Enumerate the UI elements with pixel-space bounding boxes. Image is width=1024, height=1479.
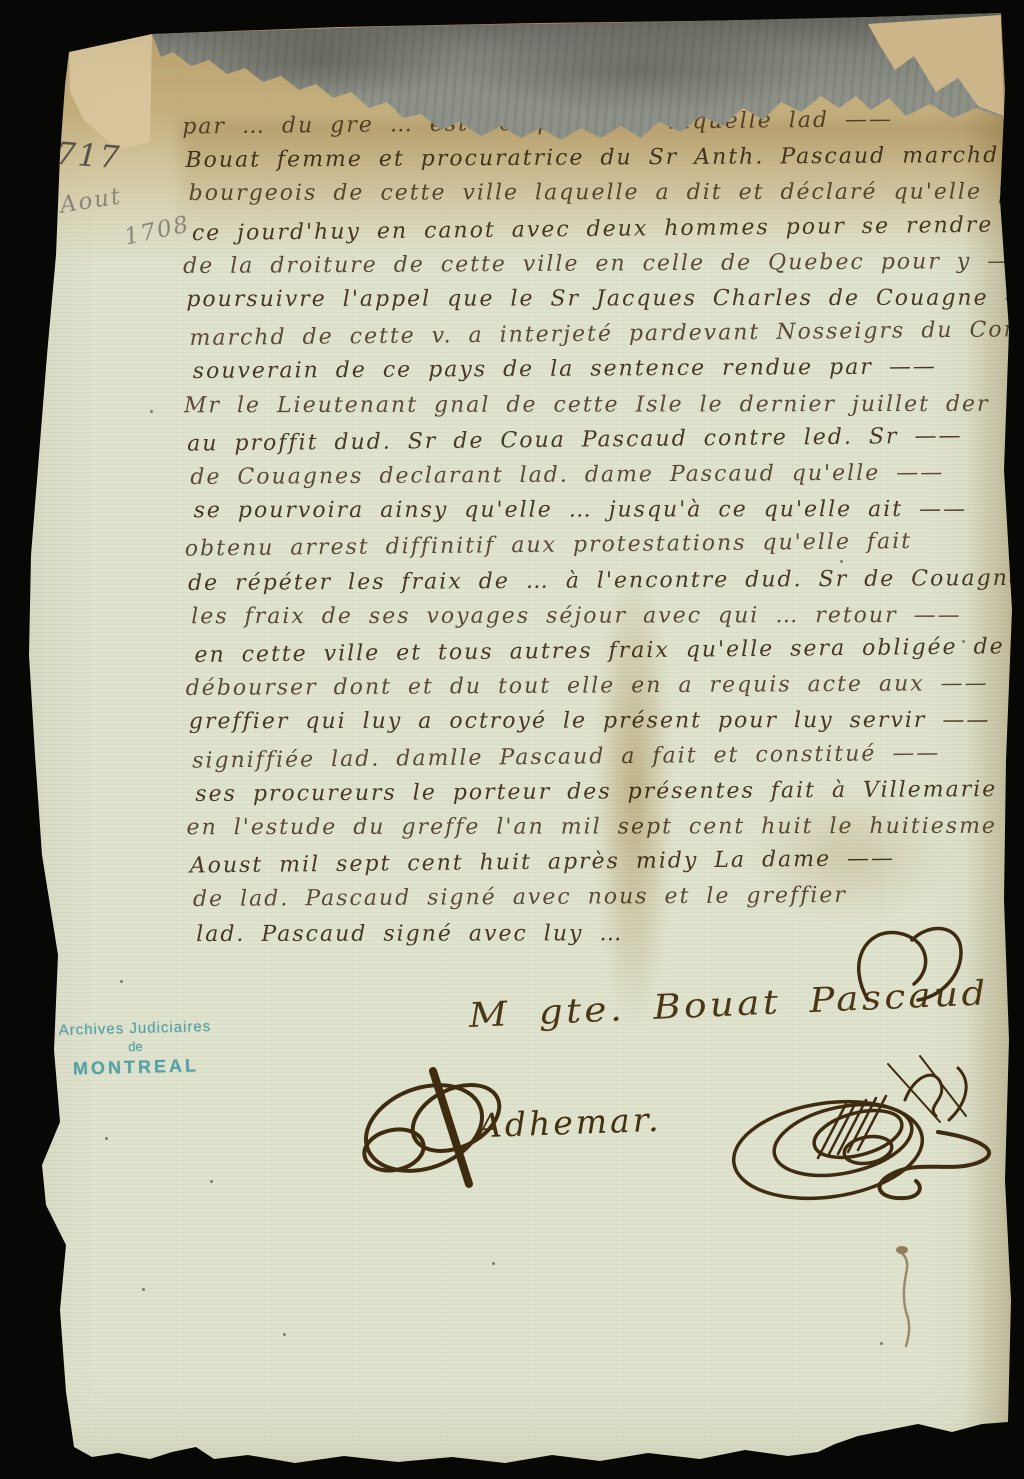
manuscript-line-24: lad. Pascaud signé avec luy …	[196, 921, 623, 947]
manuscript-line-8: souverain de ce pays de la sentence rend…	[193, 355, 937, 385]
manuscript-line-13: obtenu arrest diffinitif aux protestatio…	[185, 529, 912, 562]
foxing-speck	[283, 1333, 286, 1336]
folio-number: 717	[55, 136, 123, 176]
manuscript-line-2: Bouat femme et procuratrice du Sr Anth. …	[185, 143, 999, 173]
document-photo: par … du gre … est comparue … laquelle l…	[0, 0, 1024, 1479]
foxing-speck	[840, 560, 843, 563]
notary-signature: Adhemar.	[477, 1100, 662, 1145]
manuscript-line-4: ce jourd'huy en canot avec deux hommes p…	[192, 210, 1024, 245]
manuscript-line-15: les fraix de ses voyages séjour avec qui…	[191, 603, 961, 629]
manuscript-line-19: signiffiée lad. damlle Pascaud a fait et…	[192, 740, 940, 773]
archive-stamp: Archives Judiciaires de MONTREAL	[47, 1018, 223, 1081]
manuscript-line-14: de répéter les fraix de … à l'encontre d…	[188, 565, 1024, 595]
manuscript-line-21: en l'estude du greffe l'an mil sept cent…	[187, 814, 997, 840]
foxing-speck	[150, 410, 153, 413]
stamp-line-2: de	[48, 1037, 223, 1057]
manuscript-line-16: en cette ville et tous autres fraix qu'e…	[194, 634, 1024, 668]
foxing-speck	[105, 1137, 108, 1140]
manuscript-line-3: bourgeois de cette ville laquelle a dit …	[189, 180, 1024, 207]
foxing-speck	[492, 1262, 495, 1265]
manuscript-line-18: greffier qui luy a octroyé le présent po…	[189, 708, 991, 734]
manuscript-line-10: au proffit dud. Sr de Coua Pascaud contr…	[187, 423, 963, 456]
manuscript-line-12: se pourvoira ainsy qu'elle … jusqu'à ce …	[194, 497, 968, 523]
manuscript-line-20: ses procureurs le porteur des présentes …	[195, 776, 1024, 806]
manuscript-line-5: de la droiture de cette ville en celle d…	[183, 249, 1024, 279]
manuscript-line-7: marchd de cette v. a interjeté pardevant…	[189, 316, 1024, 351]
manuscript-line-17: débourser dont et du tout elle en a requ…	[186, 671, 989, 701]
foxing-speck	[210, 1180, 213, 1183]
manuscript-line-22: Aoust mil sept cent huit après midy La d…	[190, 846, 896, 878]
foxing-speck	[880, 1342, 883, 1345]
manuscript-line-23: de lad. Pascaud signé avec nous et le gr…	[193, 883, 847, 912]
manuscript-line-9: Mr le Lieutenant gnal de cette Isle le d…	[184, 391, 990, 417]
manuscript-line-11: de Couagnes declarant lad. dame Pascaud …	[190, 460, 944, 490]
stamp-line-1: Archives Judiciaires	[47, 1018, 222, 1040]
foxing-speck	[120, 980, 123, 983]
paper-sheet: par … du gre … est comparue … laquelle l…	[0, 0, 1024, 1479]
manuscript-line-6: poursuivre l'appel que le Sr Jacques Cha…	[186, 286, 1024, 313]
foxing-speck	[142, 1288, 145, 1291]
foxing-speck	[962, 640, 965, 643]
